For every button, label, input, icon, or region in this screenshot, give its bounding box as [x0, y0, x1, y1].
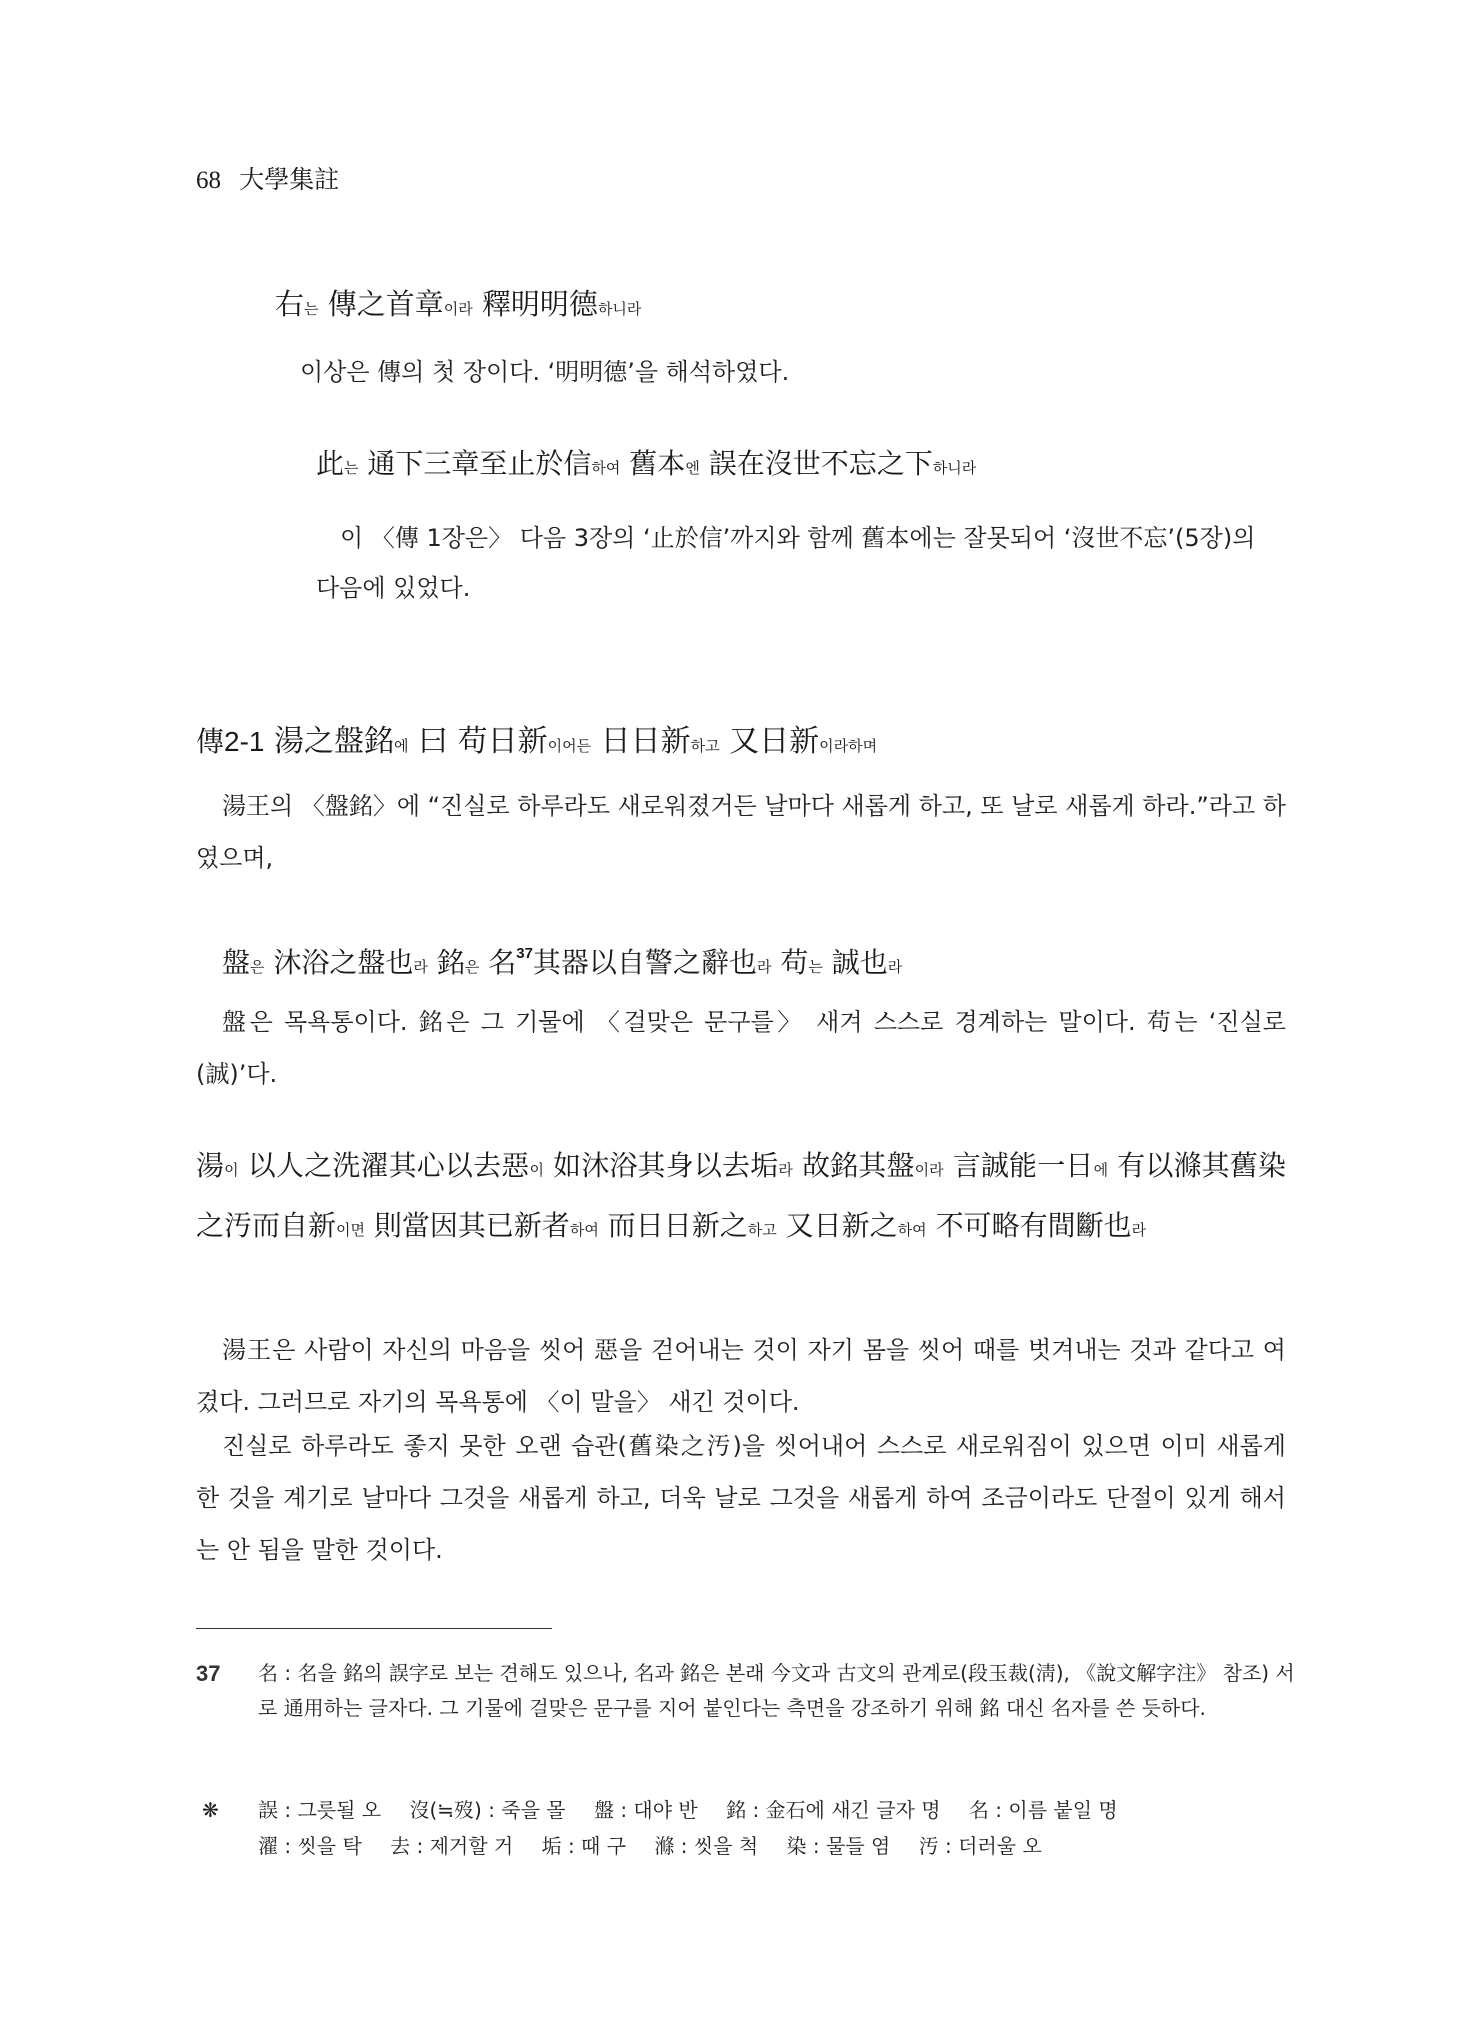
toh-particle: 이라: [915, 1161, 944, 1179]
toh-particle: 라: [888, 958, 903, 976]
hanja-text: 名: [479, 946, 516, 979]
section-label: 傳2-1: [196, 726, 264, 757]
hanja-text: 又日新: [720, 724, 820, 759]
hanja-text: 舊本: [620, 447, 685, 480]
footnote-37: 37 名 : 名을 銘의 誤字로 보는 견해도 있으나, 名과 銘은 본래 今文…: [196, 1656, 1296, 1726]
glossary-item: 濯 : 씻을 탁: [258, 1834, 362, 1858]
book-title: 大學集註: [239, 167, 339, 194]
glossary-item: 沒(≒歿) : 죽을 몰: [409, 1798, 565, 1822]
toh-particle: 하니라: [933, 459, 976, 477]
toh-particle: 하니라: [598, 300, 641, 318]
footnote-number: 37: [196, 1656, 220, 1691]
glossary-line-1: 誤 : 그릇될 오 沒(≒歿) : 죽을 몰 盤 : 대야 반 銘 : 金石에 …: [258, 1792, 1296, 1828]
glossary-item: 誤 : 그릇될 오: [258, 1798, 381, 1822]
glossary-item: 汚 : 더러울 오: [919, 1834, 1042, 1858]
toh-particle: 이라: [444, 300, 473, 318]
annotation-2-translation-p1: 湯王은 사람이 자신의 마음을 씻어 惡을 걷어내는 것이 자기 몸을 씻어 때…: [196, 1324, 1286, 1428]
hanja-text: 傳之首章: [319, 287, 444, 321]
toh-particle: 는: [304, 300, 319, 318]
heading-translation: 湯王의 〈盤銘〉에 “진실로 하루라도 새로워졌거든 날마다 새롭게 하고, 또…: [196, 780, 1286, 884]
annotation-line-1: 盤은 沐浴之盤也라 銘은 名37其器以自警之辭也라 苟는 誠也라: [222, 926, 1312, 995]
toh-particle: 하고: [748, 1221, 777, 1239]
hanja-text: 銘: [428, 946, 465, 979]
hanja-text: 則當因其已新者: [365, 1209, 570, 1242]
toh-particle: 하여: [898, 1221, 927, 1239]
glossary-item: 名 : 이름 붙일 명: [969, 1798, 1118, 1822]
hanja-text: 湯之盤銘: [264, 724, 394, 759]
toh-particle: 은: [465, 958, 480, 976]
toh-particle: 는: [808, 958, 823, 976]
glossary-item: 滌 : 씻을 척: [654, 1834, 758, 1858]
toh-particle: 는: [344, 459, 359, 477]
glossary-item: 盤 : 대야 반: [594, 1798, 698, 1822]
toh-particle: 라: [1132, 1221, 1147, 1239]
toh-particle: 엔: [685, 459, 700, 477]
footnote-ref[interactable]: 37: [516, 945, 533, 962]
hanja-text: 盤: [222, 946, 250, 979]
toh-particle: 라: [413, 958, 428, 976]
hanja-text: 言誠能一日: [944, 1149, 1094, 1182]
toh-particle: 에: [1094, 1161, 1109, 1179]
source-line-translation: 이상은 傳의 첫 장이다. ‘明明德’을 해석하였다.: [300, 352, 789, 387]
toh-particle: 하고: [691, 737, 720, 755]
toh-particle: 라: [757, 958, 772, 976]
toh-particle: 하여: [570, 1221, 599, 1239]
hanja-text: 如沐浴其身以去垢: [544, 1149, 778, 1182]
commentary-line: 此는 通下三章至止於信하여 舊本엔 誤在沒世不忘之下하니라: [316, 442, 976, 482]
glossary-item: 染 : 물들 염: [787, 1834, 891, 1858]
hanja-text: 而日日新之: [599, 1209, 748, 1242]
toh-particle: 하여: [591, 459, 620, 477]
glossary-line-2: 濯 : 씻을 탁 去 : 제거할 거 垢 : 때 구 滌 : 씻을 척 染 : …: [258, 1828, 1296, 1864]
source-line-youneun: 右는 傳之首章이라 釋明明德하니라: [275, 282, 641, 323]
section-heading-2-1: 傳2-1 湯之盤銘에 曰 苟日新이어든 日日新하고 又日新이라하며: [196, 716, 877, 760]
hanja-text: 又日新之: [777, 1209, 898, 1242]
annotation-1-translation: 盤은 목욕통이다. 銘은 그 기물에 〈걸맞은 문구를〉 새겨 스스로 경계하는…: [196, 996, 1286, 1100]
hanja-text: 通下三章至止於信: [359, 447, 592, 480]
hanja-text: 其器以自警之辭也: [533, 946, 757, 979]
toh-particle: 이라하며: [819, 737, 877, 755]
hanja-text: 不可略有間斷也: [927, 1209, 1132, 1242]
glossary-item: 銘 : 金石에 새긴 글자 명: [726, 1798, 940, 1822]
commentary-translation-line2: 다음에 있었다.: [316, 568, 470, 603]
hanja-text: 曰 苟日新: [409, 724, 548, 759]
toh-particle: 이: [224, 1161, 239, 1179]
hanja-text: 苟: [771, 946, 808, 979]
hanja-text: 右: [275, 287, 304, 321]
flower-asterisk-icon: ❋: [202, 1792, 219, 1828]
hanja-text: 誤在沒世不忘之下: [700, 447, 933, 480]
hanja-text: 湯: [196, 1149, 224, 1182]
toh-particle: 이어든: [548, 737, 591, 755]
toh-particle: 에: [394, 737, 409, 755]
glossary-item: 去 : 제거할 거: [390, 1834, 513, 1858]
hanja-text: 故銘其盤: [793, 1149, 915, 1182]
page-number: 68: [196, 167, 221, 194]
glossary: ❋ 誤 : 그릇될 오 沒(≒歿) : 죽을 몰 盤 : 대야 반 銘 : 金石…: [196, 1792, 1296, 1864]
toh-particle: 라: [778, 1161, 793, 1179]
toh-particle: 은: [250, 958, 265, 976]
hanja-text: 以人之洗濯其心以去惡: [239, 1149, 530, 1182]
footnote-text: 名 : 名을 銘의 誤字로 보는 견해도 있으나, 名과 銘은 본래 今文과 古…: [258, 1656, 1296, 1726]
toh-particle: 이면: [336, 1221, 365, 1239]
hanja-text: 釋明明德: [473, 287, 598, 321]
hanja-text: 日日新: [591, 724, 691, 759]
hanja-text: 此: [316, 447, 344, 480]
running-header: 68 大學集註: [196, 160, 339, 196]
annotation-2-translation-p2: 진실로 하루라도 좋지 못한 오랜 습관(舊染之汚)을 씻어내어 스스로 새로워…: [196, 1420, 1286, 1576]
annotation-line-2: 湯이 以人之洗濯其心以去惡이 如沐浴其身以去垢라 故銘其盤이라 言誠能一日에 有…: [196, 1138, 1286, 1258]
footnote-divider: [196, 1628, 552, 1629]
glossary-item: 垢 : 때 구: [542, 1834, 626, 1858]
hanja-text: 沐浴之盤也: [265, 946, 414, 979]
hanja-text: 誠也: [823, 946, 888, 979]
commentary-translation-line1: 이 〈傳 1장은〉 다음 3장의 ‘止於信’까지와 함께 舊本에는 잘못되어 ‘…: [340, 518, 1255, 553]
toh-particle: 이: [529, 1161, 544, 1179]
